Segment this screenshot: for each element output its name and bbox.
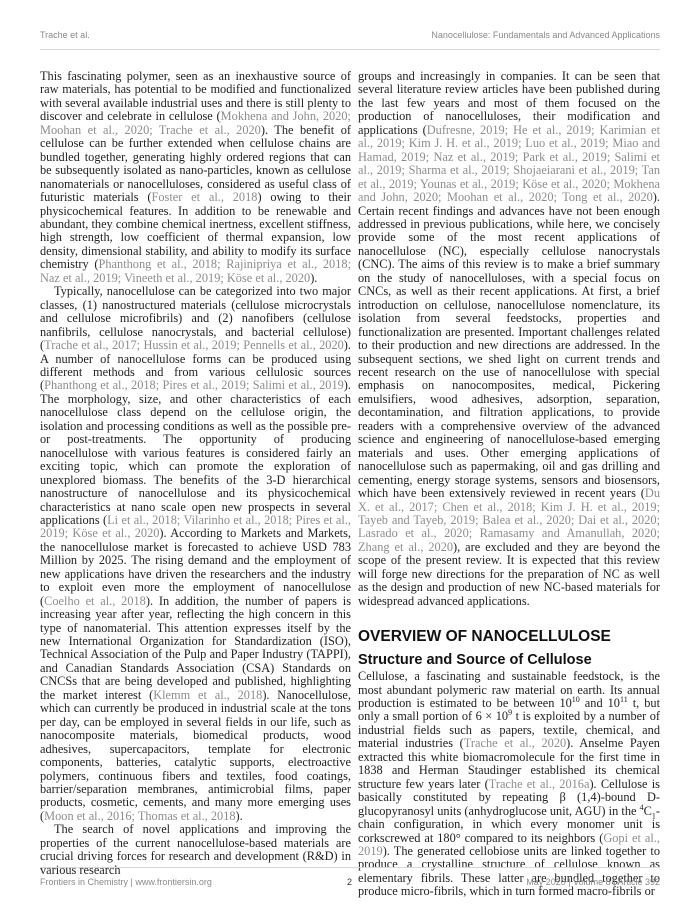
body-text: ). [236, 809, 243, 823]
header-running-title: Nanocellulose: Fundamentals and Advanced… [431, 30, 660, 40]
paragraph: groups and increasingly in companies. It… [358, 70, 660, 608]
page-number: 2 [347, 877, 352, 887]
citation-link[interactable]: Trache et al., 2020 [464, 736, 566, 750]
citation-link[interactable]: Coelho et al., 2018 [44, 594, 146, 608]
paragraph: Typically, nanocellulose can be categori… [40, 285, 351, 823]
citation-link[interactable]: Phanthong et al., 2018; Pires et al., 20… [44, 378, 344, 392]
body-text: ). The morphology, size, and other chara… [40, 378, 351, 527]
body-text: ). Certain recent findings and advances … [358, 190, 660, 500]
footer-journal-link[interactable]: Frontiers in Chemistry | www.frontiersin… [40, 877, 212, 887]
citation-link[interactable]: Klemm et al., 2018 [153, 688, 262, 702]
running-header: Trache et al. Nanocellulose: Fundamental… [40, 0, 660, 46]
paragraph: Cellulose, a fascinating and sustainable… [358, 670, 660, 899]
left-column: This fascinating polymer, seen as an ine… [40, 70, 351, 877]
superscript: 11 [620, 695, 628, 704]
right-column: groups and increasingly in companies. It… [358, 70, 660, 899]
footer-issue-info: May 2020 | Volume 8 | Article 392 [526, 877, 660, 887]
citation-link[interactable]: Moon et al., 2016; Thomas et al., 2018 [44, 809, 235, 823]
header-rule [40, 49, 660, 50]
header-authors: Trache et al. [40, 30, 90, 40]
body-text: and 10 [580, 696, 620, 710]
body-text: ). [310, 271, 317, 285]
body-text: C [644, 804, 652, 818]
section-heading: OVERVIEW OF NANOCELLULOSE [358, 628, 660, 646]
citation-link[interactable]: Trache et al., 2017; Hussin et al., 2019… [44, 338, 344, 352]
citation-link[interactable]: Foster et al., 2018 [152, 190, 258, 204]
body-text: ). Nanocellulose, which can currently be… [40, 688, 351, 823]
subsection-heading: Structure and Source of Cellulose [358, 652, 660, 669]
citation-link[interactable]: Trache et al., 2016a [489, 777, 590, 791]
superscript: 10 [572, 695, 580, 704]
paragraph: This fascinating polymer, seen as an ine… [40, 70, 351, 285]
footer-rule [40, 867, 660, 868]
page-footer: Frontiers in Chemistry | www.frontiersin… [40, 867, 660, 897]
body-text: ). In addition, the number of papers is … [40, 594, 351, 702]
